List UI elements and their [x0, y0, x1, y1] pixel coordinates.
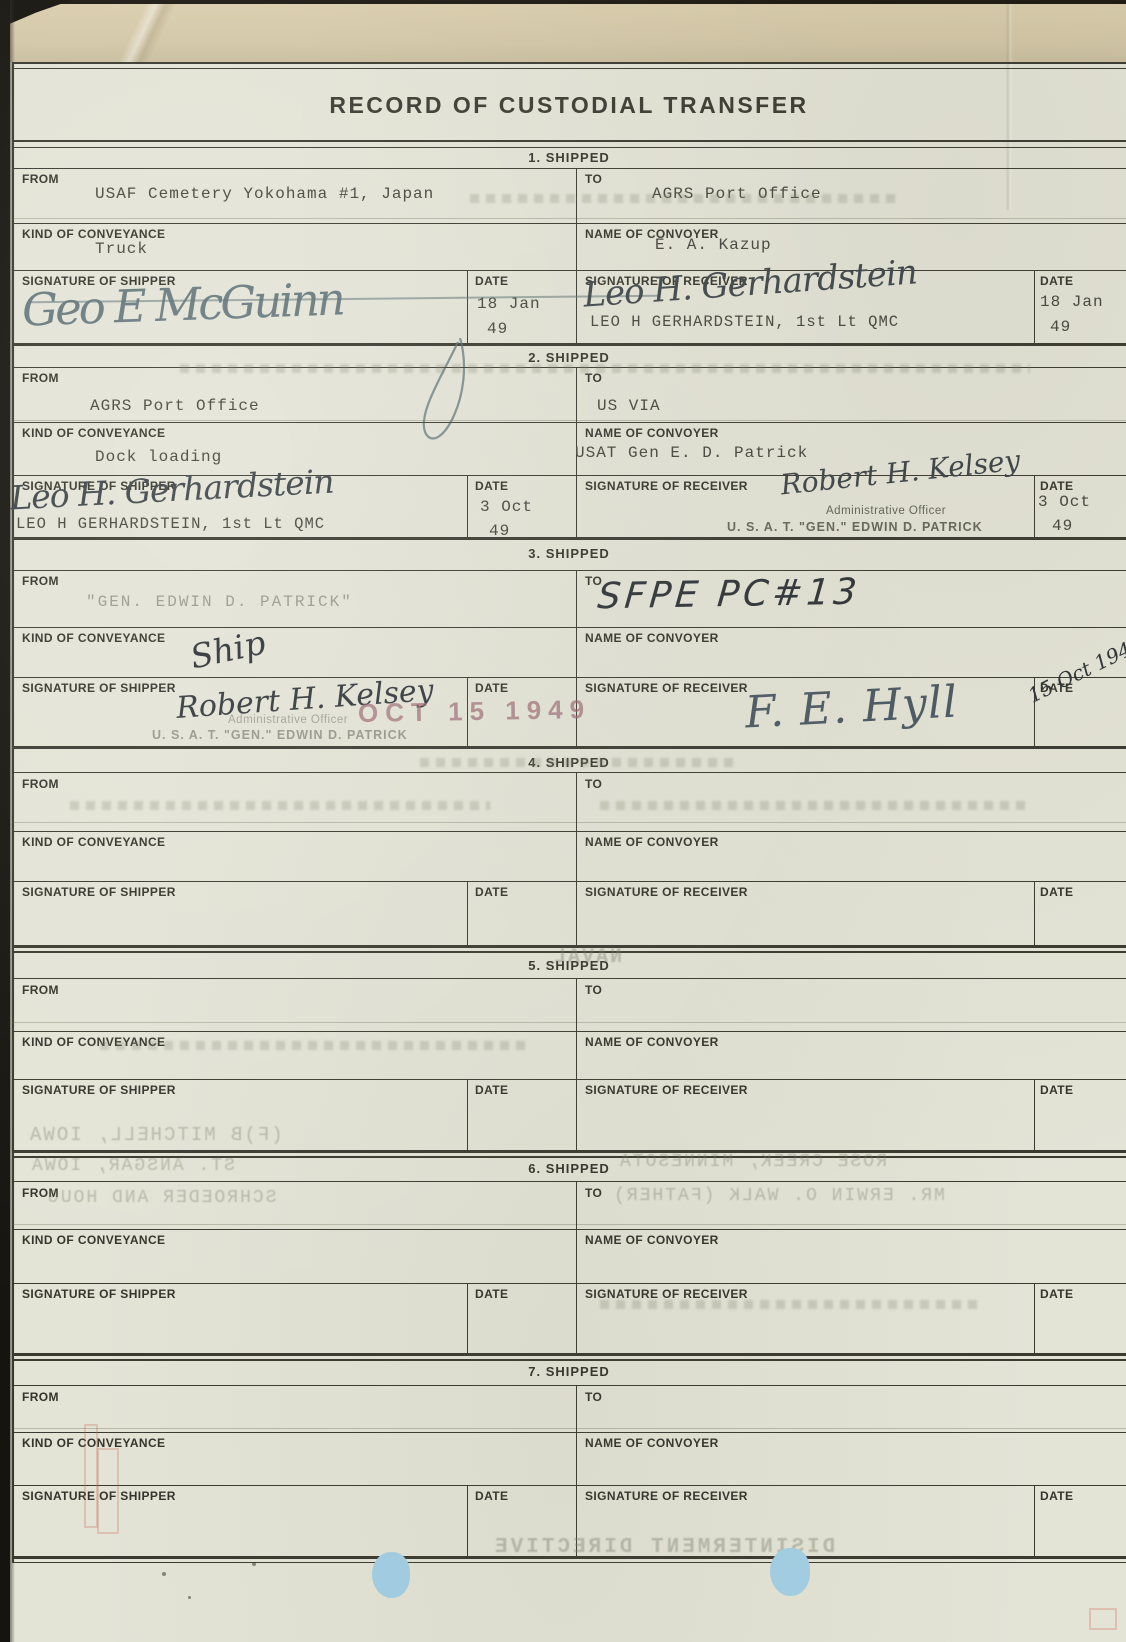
rule	[12, 1359, 1126, 1361]
bleedthrough-strip	[100, 1041, 530, 1050]
paper-crease	[30, 4, 260, 62]
date-label: DATE	[1040, 1083, 1073, 1097]
date-label: DATE	[475, 1083, 508, 1097]
bleedthrough-text: MR. ERWIN O. WALK (FATHER)	[612, 1186, 945, 1206]
receiver-signature-label: SIGNATURE OF RECEIVER	[585, 479, 748, 493]
date-label: DATE	[475, 885, 508, 899]
ink-speck	[252, 1562, 256, 1566]
from-label: FROM	[22, 172, 59, 186]
from-label: FROM	[22, 777, 59, 791]
section-2-shipper-date-year: 49	[489, 521, 510, 541]
section-2-convoyer-value: USAT Gen E. D. Patrick	[575, 443, 808, 463]
rule	[12, 978, 1126, 979]
section-2-from-value: AGRS Port Office	[90, 396, 260, 416]
section-1-shipper-date-year: 49	[487, 319, 508, 339]
convoyer-label: NAME OF CONVOYER	[585, 1233, 719, 1247]
rule	[12, 1022, 1126, 1023]
section-2-header: 2. SHIPPED	[12, 350, 1126, 365]
date-label: DATE	[475, 274, 508, 288]
from-label: FROM	[22, 574, 59, 588]
section-3-receiver-signature: F. E. Hyll	[744, 676, 960, 738]
section-1-conveyance-value: Truck	[95, 239, 148, 259]
date-label: DATE	[1040, 479, 1073, 493]
to-label: TO	[585, 983, 602, 997]
section-1-shipper-signature: Geo E McGuinn	[21, 272, 343, 336]
section-2-receiver-date: 3 Oct	[1038, 492, 1091, 512]
section-3-receiver-date-handwritten: 15 Oct 1949	[1024, 631, 1126, 707]
bleedthrough-strip	[470, 194, 900, 203]
rule	[12, 772, 1126, 773]
bleedthrough-text: NAVAL	[552, 946, 622, 969]
section-3-header: 3. SHIPPED	[12, 546, 1126, 561]
ink-speck	[162, 1572, 166, 1576]
rule	[1034, 881, 1035, 945]
rule	[1034, 1485, 1035, 1556]
rule	[12, 627, 1126, 628]
rule	[12, 1432, 1126, 1433]
convoyer-label: NAME OF CONVOYER	[585, 426, 719, 440]
section-2-shipper-date: 3 Oct	[480, 497, 533, 517]
scanned-form-page: RECORD OF CUSTODIAL TRANSFER 1. SHIPPED …	[0, 0, 1126, 1642]
bleedthrough-text: ST. ANSGAR, IOWA	[30, 1156, 235, 1176]
rule	[12, 140, 1126, 142]
rule	[12, 1229, 1126, 1230]
blue-hole-dot	[372, 1552, 410, 1598]
bleedthrough-strip	[420, 758, 740, 767]
section-2-receiver-signature: Robert H. Kelsey	[779, 444, 1022, 502]
form-left-border	[12, 62, 14, 1563]
rule	[1034, 475, 1035, 537]
convoyer-label: NAME OF CONVOYER	[585, 835, 719, 849]
rule	[1034, 1283, 1035, 1353]
section-2-receiver-date-year: 49	[1052, 516, 1073, 536]
bleedthrough-strip	[70, 801, 490, 810]
receiver-signature-label: SIGNATURE OF RECEIVER	[585, 681, 748, 695]
conveyance-label: KIND OF CONVEYANCE	[22, 426, 165, 440]
receiver-signature-label: SIGNATURE OF RECEIVER	[585, 1287, 748, 1301]
section-2-shipper-typed-name: LEO H GERHARDSTEIN, 1st Lt QMC	[16, 515, 325, 534]
section-2-receiver-stamp-org: U. S. A. T. "GEN." EDWIN D. PATRICK	[727, 520, 983, 534]
shipper-signature-label: SIGNATURE OF SHIPPER	[22, 681, 176, 695]
section-3-from-value: "GEN. EDWIN D. PATRICK"	[86, 592, 353, 612]
bleedthrough-text: (F)B MITCHELL, IOWA	[28, 1124, 283, 1146]
section-3-to-value-handwritten: SFPE PC#13	[596, 572, 862, 618]
rule	[467, 1079, 468, 1150]
from-label: FROM	[22, 1390, 59, 1404]
rule	[576, 772, 577, 945]
red-stamp-ghost	[97, 1448, 119, 1534]
date-label: DATE	[1040, 274, 1073, 288]
section-2-shipper-signature: Leo H. Gerhardstein	[9, 462, 334, 518]
section-7-header: 7. SHIPPED	[12, 1364, 1126, 1379]
rule	[12, 1079, 1126, 1080]
conveyance-label: KIND OF CONVEYANCE	[22, 1233, 165, 1247]
rule	[467, 881, 468, 945]
rule	[467, 475, 468, 537]
rule	[12, 1385, 1126, 1386]
shipper-signature-label: SIGNATURE OF SHIPPER	[22, 1083, 176, 1097]
rule	[12, 1150, 1126, 1153]
rule	[467, 270, 468, 343]
date-label: DATE	[475, 479, 508, 493]
blue-hole-dot	[770, 1548, 810, 1596]
bleedthrough-text: SCHROEDER AND HOUG	[46, 1188, 276, 1208]
rule	[576, 1385, 577, 1556]
to-label: TO	[585, 1390, 602, 1404]
convoyer-label: NAME OF CONVOYER	[585, 1436, 719, 1450]
bleedthrough-strip	[180, 364, 1030, 373]
date-label: DATE	[1040, 1287, 1073, 1301]
rule	[12, 218, 1126, 219]
section-3-shipper-stamp-org: U. S. A. T. "GEN." EDWIN D. PATRICK	[152, 728, 408, 742]
to-label: TO	[585, 1186, 602, 1200]
rule	[467, 1283, 468, 1353]
section-3-conveyance-value-handwritten: Ship	[187, 623, 269, 677]
rule	[12, 1224, 1126, 1225]
section-1-receiver-date: 18 Jan	[1040, 292, 1104, 312]
rule	[12, 168, 1126, 169]
receiver-signature-label: SIGNATURE OF RECEIVER	[585, 1083, 748, 1097]
rule	[12, 270, 1126, 271]
rule	[12, 831, 1126, 832]
section-1-receiver-typed-name: LEO H GERHARDSTEIN, 1st Lt QMC	[590, 313, 899, 332]
rule	[12, 422, 1126, 423]
section-1-convoyer-value: E. A. Kazup	[655, 235, 772, 255]
date-label: DATE	[1040, 885, 1073, 899]
section-1-receiver-date-year: 49	[1050, 317, 1071, 337]
rule	[12, 420, 1126, 421]
rule	[12, 570, 1126, 571]
shipper-signature-label: SIGNATURE OF SHIPPER	[22, 885, 176, 899]
date-label: DATE	[475, 1489, 508, 1503]
section-3-shipper-stamp-title: Administrative Officer	[228, 714, 348, 726]
convoyer-label: NAME OF CONVOYER	[585, 631, 719, 645]
rule	[12, 223, 1126, 224]
rule	[576, 1181, 577, 1353]
receiver-signature-label: SIGNATURE OF RECEIVER	[585, 1489, 748, 1503]
rule	[12, 881, 1126, 882]
rule	[12, 68, 1126, 69]
section-2-to-value: US VIA	[597, 396, 661, 416]
section-1-from-value: USAF Cemetery Yokohama #1, Japan	[95, 184, 434, 204]
rule	[12, 1283, 1126, 1284]
convoyer-label: NAME OF CONVOYER	[585, 1035, 719, 1049]
bleedthrough-text: ROSE CREEK, MINNESOTA	[618, 1152, 887, 1172]
shipper-signature-label: SIGNATURE OF SHIPPER	[22, 1287, 176, 1301]
section-2-receiver-stamp-title: Administrative Officer	[826, 505, 946, 517]
rule	[12, 1485, 1126, 1486]
rule	[1034, 270, 1035, 343]
from-label: FROM	[22, 983, 59, 997]
date-label: DATE	[475, 681, 508, 695]
section-1-receiver-signature: Leo H. Gerhardstein	[582, 252, 918, 315]
section-1-header: 1. SHIPPED	[12, 150, 1126, 165]
rule	[1034, 1079, 1035, 1150]
from-label: FROM	[22, 371, 59, 385]
section-1-shipper-date: 18 Jan	[477, 294, 541, 314]
rule	[12, 343, 1126, 346]
bleedthrough-strip	[600, 1300, 980, 1309]
red-stamp-ghost	[84, 1424, 98, 1528]
scan-left-edge	[0, 0, 10, 1642]
scan-top-edge	[0, 0, 1126, 4]
receiver-signature-label: SIGNATURE OF RECEIVER	[585, 885, 748, 899]
to-label: TO	[585, 371, 602, 385]
date-label: DATE	[1040, 1489, 1073, 1503]
rule	[12, 822, 1126, 823]
to-label: TO	[585, 777, 602, 791]
section-3-date-stamp: OCT 15 1949	[358, 694, 592, 729]
rule	[467, 1485, 468, 1556]
rule	[12, 147, 1126, 148]
rule	[12, 1428, 1126, 1429]
ink-speck	[188, 1596, 191, 1599]
rule	[12, 746, 1126, 749]
rule	[12, 537, 1126, 540]
section-2-conveyance-value: Dock loading	[95, 447, 222, 467]
rule	[12, 62, 1126, 64]
rule	[12, 1353, 1126, 1356]
rule	[12, 1562, 1126, 1563]
red-stamp-ghost	[1089, 1608, 1117, 1630]
bleedthrough-strip	[600, 801, 1030, 810]
paper-texture-overlay	[0, 0, 1126, 1642]
rule	[12, 1031, 1126, 1032]
to-label: TO	[585, 172, 602, 186]
rule	[12, 677, 1126, 678]
rule	[12, 1181, 1126, 1182]
conveyance-label: KIND OF CONVEYANCE	[22, 631, 165, 645]
form-title: RECORD OF CUSTODIAL TRANSFER	[12, 92, 1126, 119]
rule	[576, 978, 577, 1150]
conveyance-label: KIND OF CONVEYANCE	[22, 835, 165, 849]
date-label: DATE	[475, 1287, 508, 1301]
